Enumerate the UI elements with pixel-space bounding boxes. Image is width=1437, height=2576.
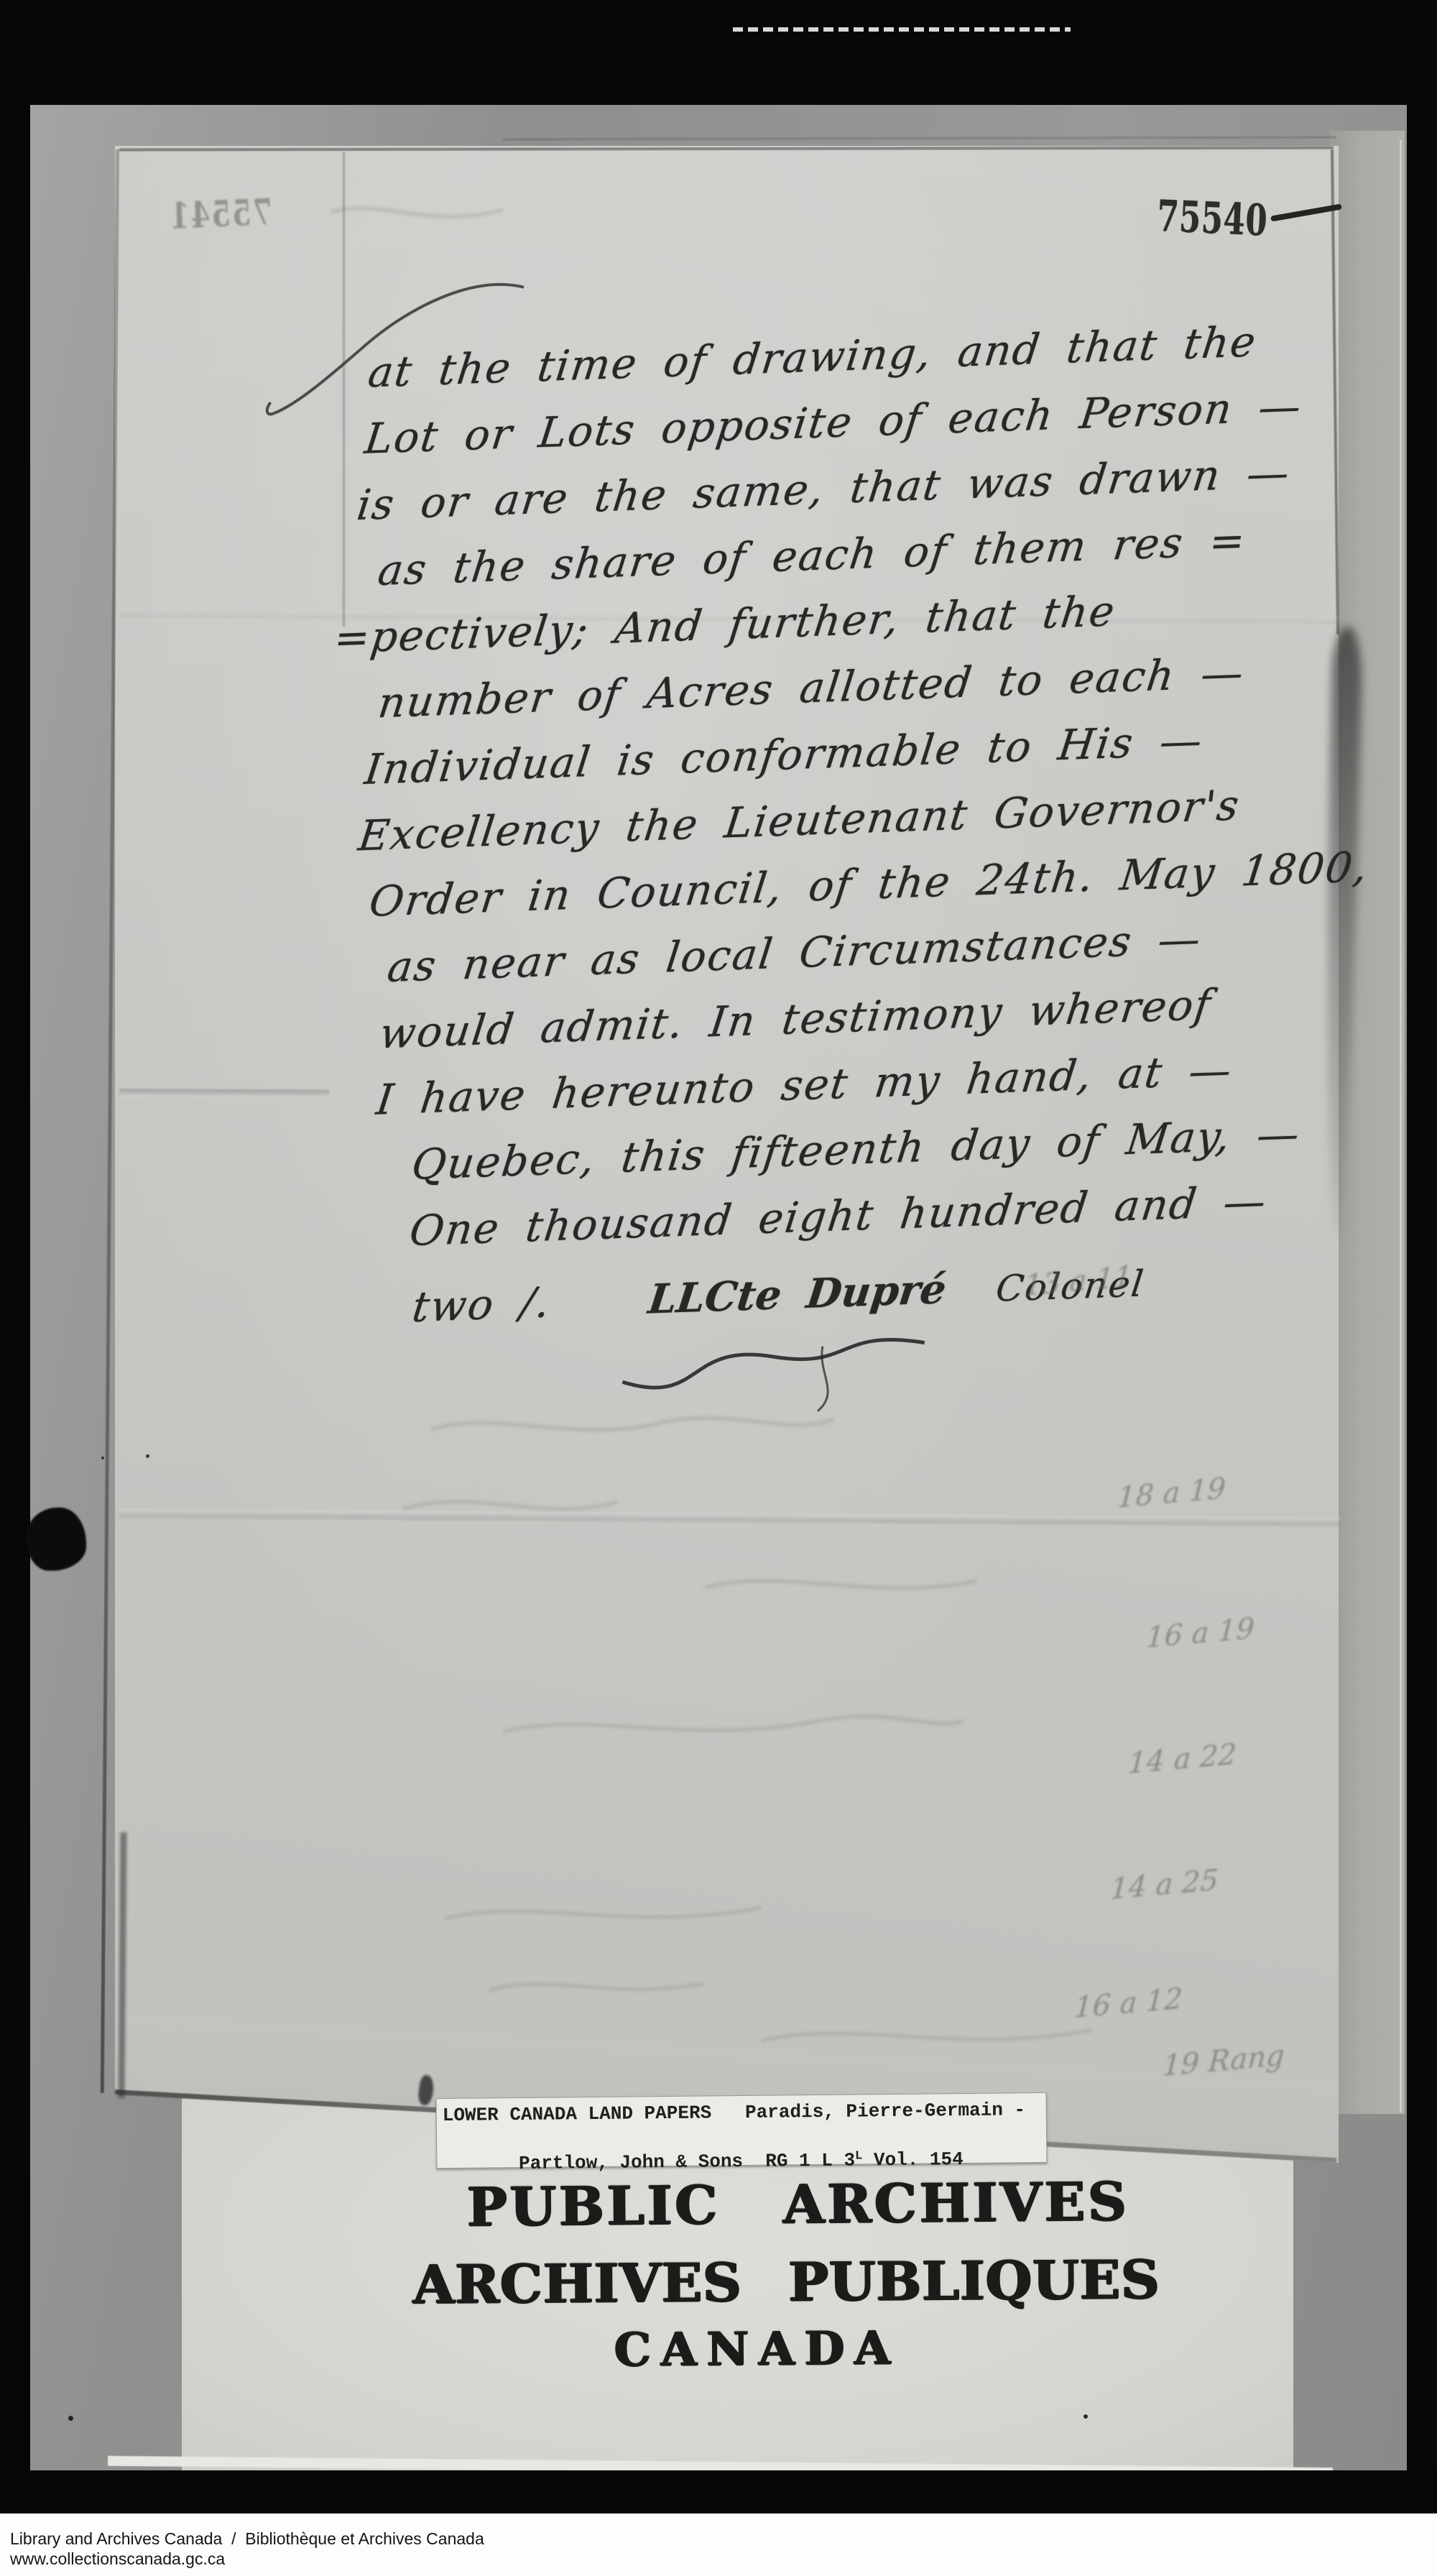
- footer-url: www.collectionscanada.gc.ca: [10, 2549, 225, 2569]
- film-dashed-mark: [733, 27, 1071, 32]
- label-superscript: L: [855, 2149, 862, 2163]
- footer-bar: Library and Archives Canada / Bibliothèq…: [0, 2513, 1437, 2576]
- archives-stamp-line1: PUBLIC ARCHIVES: [467, 2172, 1014, 2239]
- archives-stamp-line3: CANADA: [614, 2322, 874, 2378]
- typed-reference-label: LOWER CANADA LAND PAPERS Paradis, Pierre…: [436, 2092, 1048, 2169]
- label-line1: LOWER CANADA LAND PAPERS Paradis, Pierre…: [443, 2099, 1026, 2126]
- label-line2-text: Partlow, John & Sons RG 1 L 3: [519, 2149, 855, 2174]
- ink-blob: [26, 1508, 86, 1571]
- speck: [1083, 2414, 1088, 2419]
- speck: [101, 1456, 104, 1459]
- film-bottom-strip: [0, 2470, 1437, 2515]
- footer-institution: Library and Archives Canada / Bibliothèq…: [10, 2529, 484, 2549]
- bleed-through-marks: [115, 172, 1365, 2156]
- archives-stamp-line2: ARCHIVES PUBLIQUES: [413, 2250, 1075, 2316]
- label-line2-volume: Vol. 154: [862, 2148, 964, 2171]
- scanned-archive-page: 75541 75540 at the time of drawing, and …: [0, 0, 1437, 2576]
- speck: [68, 2416, 73, 2421]
- speck: [146, 1454, 149, 1458]
- under-sheet-edge-highlight: [1400, 140, 1402, 2113]
